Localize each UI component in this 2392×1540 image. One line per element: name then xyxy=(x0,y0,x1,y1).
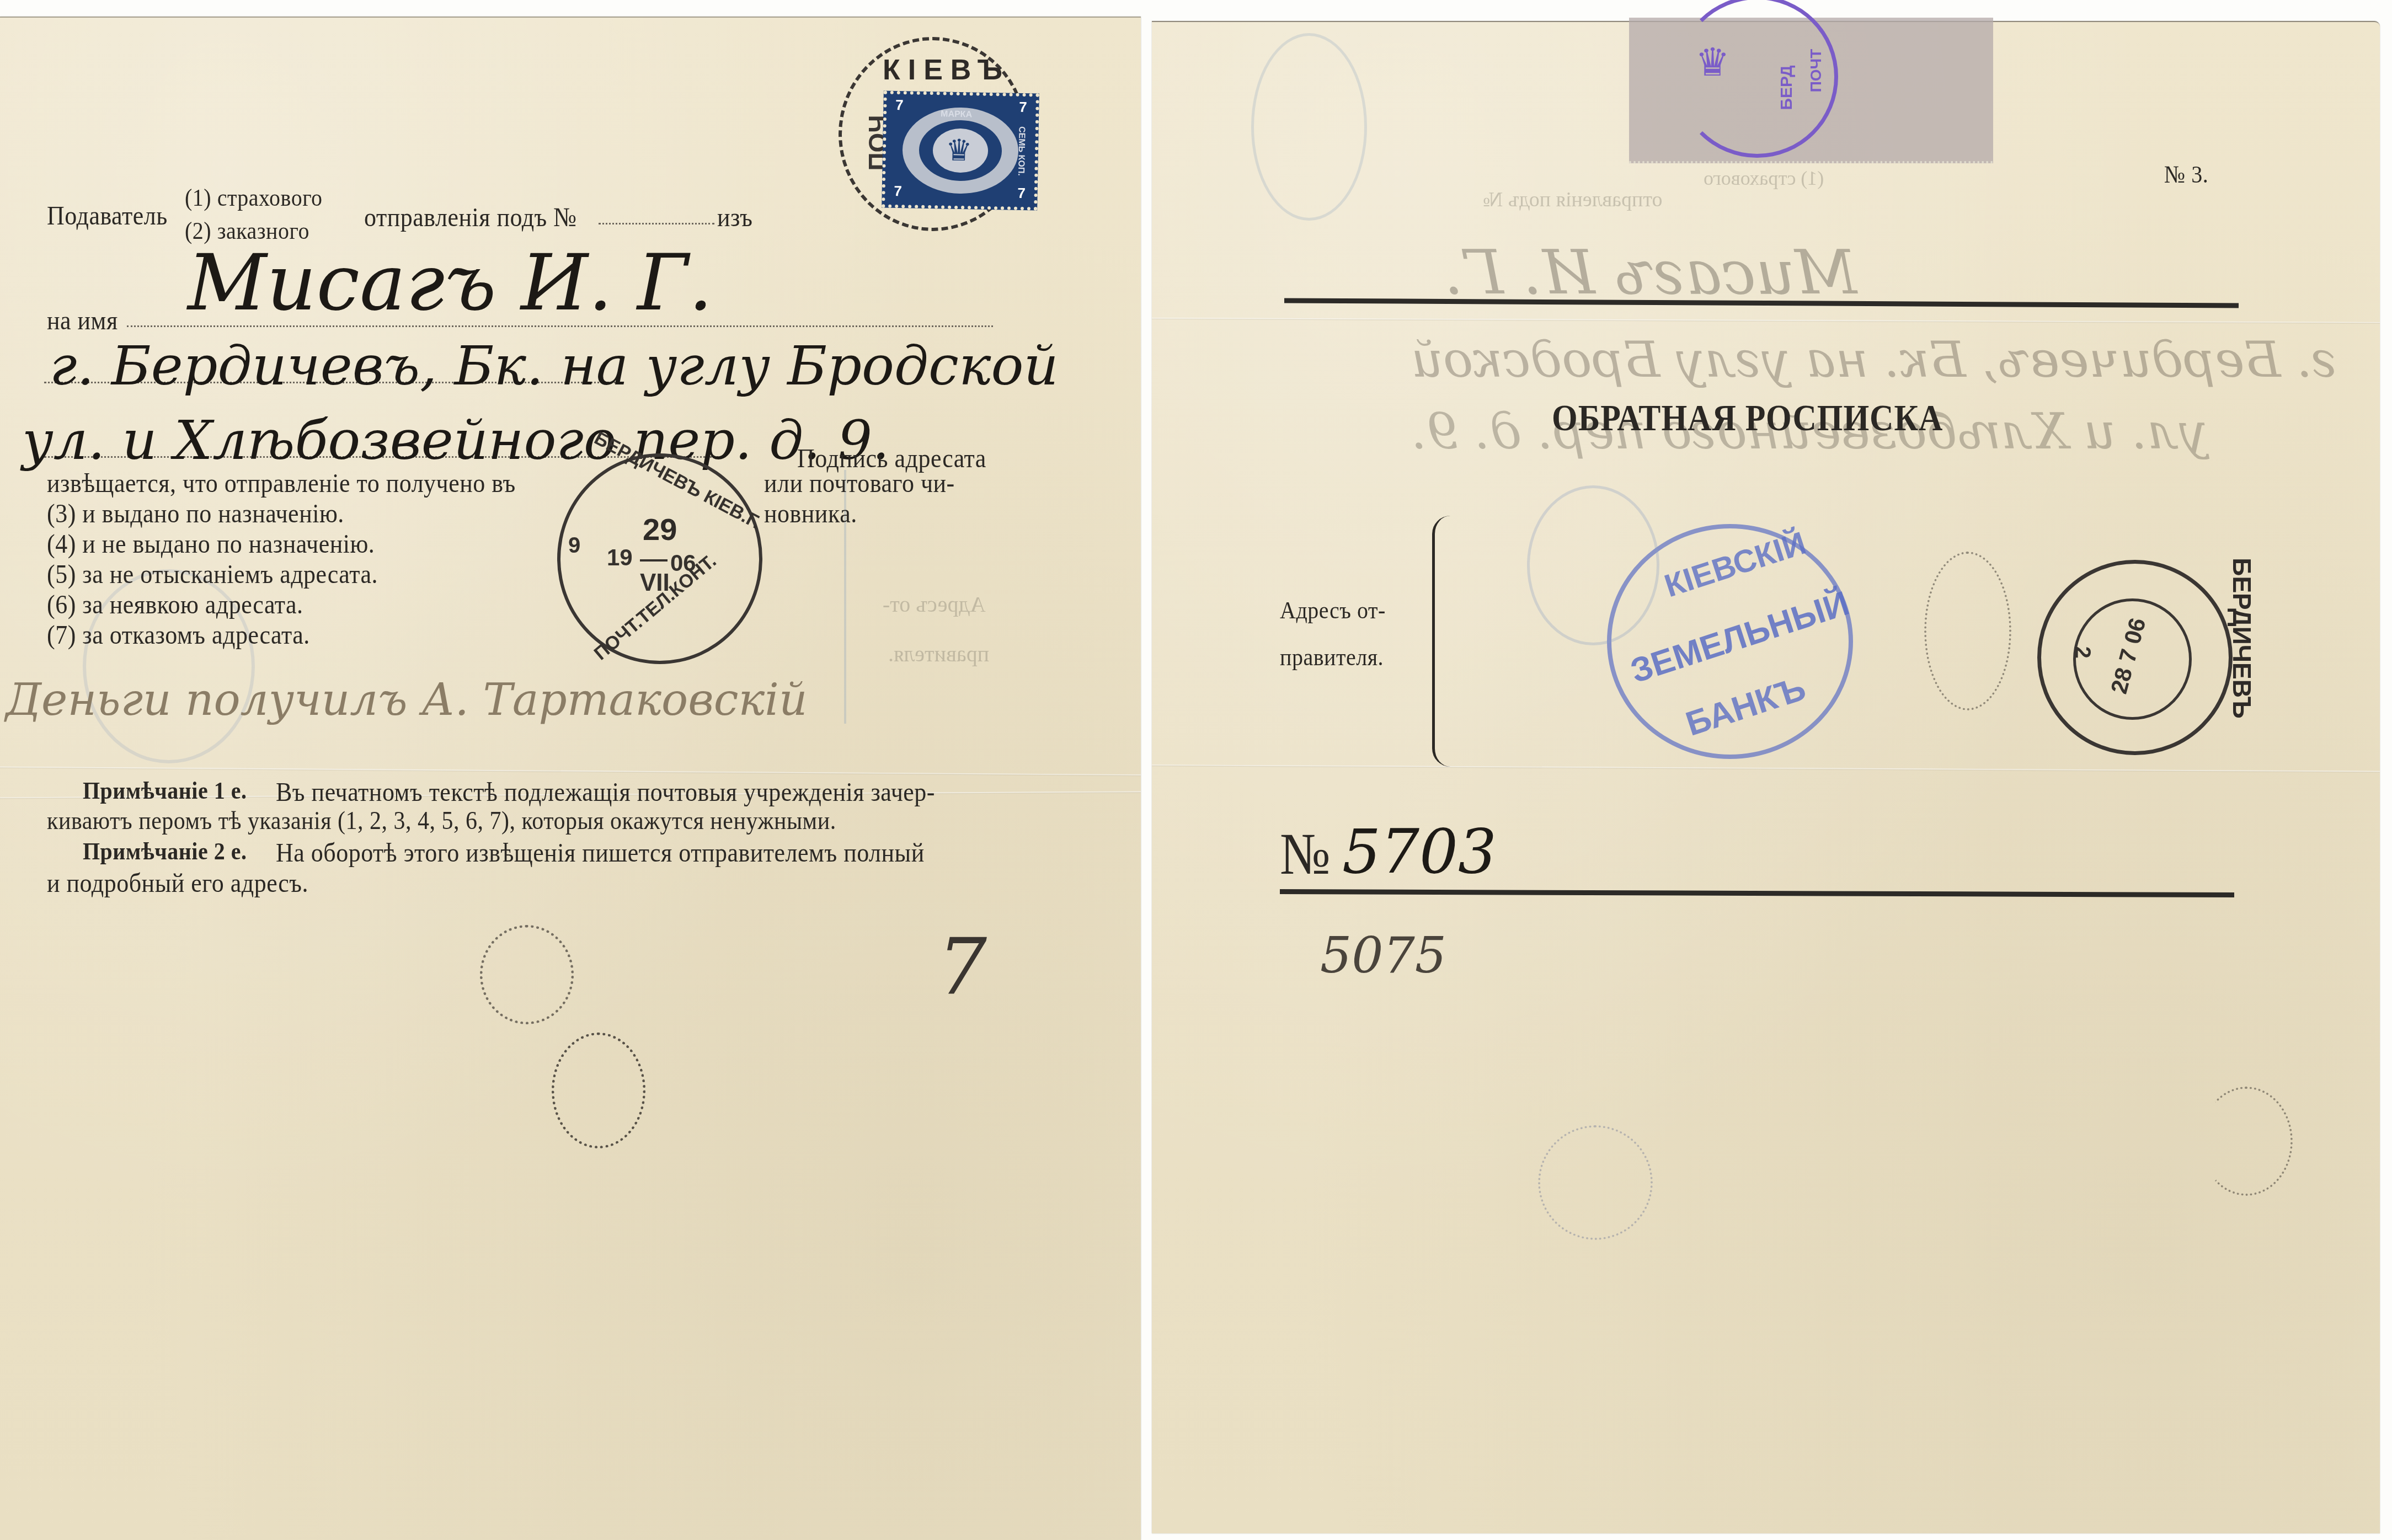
signature-label-2: или почтоваго чи- xyxy=(764,467,955,499)
note-1-label: Примѣчаніе 1 е. xyxy=(83,776,247,805)
paper-fold xyxy=(1152,764,2380,773)
note-2-text-cont: и подробный его адресъ. xyxy=(47,867,308,899)
violet-seal-text-2: ПОЧТ xyxy=(1807,49,1825,93)
handwritten-address-line-1: г. Бердичевъ, Бк. на углу Бродской xyxy=(50,335,1059,398)
option-insured: (1) страхового xyxy=(185,183,323,212)
sender-label: Подаватель xyxy=(47,200,168,231)
option-6: (6) за неявкою адресата. xyxy=(47,589,303,620)
stamp-text-top: МАРКА xyxy=(941,109,972,120)
handwritten-receipt-signature: Деньги получилъ А. Тартаковскій xyxy=(6,674,807,725)
show-through-text: (1) страхового xyxy=(1704,167,1824,190)
violet-seal-text: БЕРД xyxy=(1777,65,1796,110)
double-eagle-icon: ♛ xyxy=(945,133,973,168)
from-label: изъ xyxy=(717,201,752,233)
form-number: № 3. xyxy=(2164,160,2208,189)
handwritten-number-2: 5075 xyxy=(1320,927,1446,985)
address-brace xyxy=(1432,516,1450,767)
stamp-value-tl: 7 xyxy=(891,97,908,114)
show-through-text: Адресъ от- xyxy=(883,591,986,617)
option-5: (5) за не отысканіемъ адресата. xyxy=(47,558,378,590)
faded-postmark xyxy=(2200,1087,2293,1196)
show-through-text: правителя. xyxy=(888,641,989,667)
sender-address-label-2: правителя. xyxy=(1280,643,1384,672)
postmark-number: 2 xyxy=(2070,646,2095,658)
bottom-rule xyxy=(1280,889,2234,897)
stamp-value-bl: 7 xyxy=(889,183,906,200)
shipment-number-field xyxy=(599,223,714,224)
show-through-text: отправленія подъ № xyxy=(1483,188,1662,212)
stamp-value-tr: 7 xyxy=(1015,99,1032,116)
stamp-text-right: СЕМЬ КОП. xyxy=(1016,126,1027,176)
postmark-side-number: 9 xyxy=(568,533,580,558)
option-4: (4) и не выдано по назначенію. xyxy=(47,528,375,559)
postmark-ring-text: БЕРДИЧЕВЪ xyxy=(2227,558,2257,718)
show-through-handwriting: г. Бердичевъ, Бк. на углу Бродской xyxy=(1411,331,2337,389)
signature-label-3: новника. xyxy=(764,498,857,529)
note-2-text: На оборотѣ этого извѣщенія пишется отпра… xyxy=(276,837,925,868)
handwritten-mark: 7 xyxy=(938,922,987,1012)
receipt-sheet-back: отправленія подъ № (1) страхового Мисагъ… xyxy=(1152,21,2380,1533)
berdichev-postmark-ring xyxy=(557,453,762,664)
handwritten-recipient-name: Мисагъ И. Г. xyxy=(188,238,713,328)
show-through-handwriting: Мисагъ И. Г. xyxy=(1444,237,1857,308)
option-7: (7) за отказомъ адресата. xyxy=(47,619,310,650)
note-1-text: Въ печатномъ текстѣ подлежащія почтовыя … xyxy=(276,776,935,808)
postmark-year-right: 06 xyxy=(670,550,696,576)
sender-address-label: Адресъ от- xyxy=(1280,596,1386,625)
handwritten-address-line-2: ул. и Хлѣбозвейного пер. д. 9. xyxy=(22,409,889,472)
violet-seal-label: ♛ БЕРД ПОЧТ xyxy=(1629,18,1993,163)
paper-fold xyxy=(0,767,1141,776)
show-through-stamp xyxy=(1251,33,1367,221)
number-label: № xyxy=(1280,819,1331,887)
paper-fold xyxy=(1152,318,2380,324)
note-2-label: Примѣчаніе 2 е. xyxy=(83,837,247,866)
faded-stamp xyxy=(1538,1125,1653,1240)
receipt-title: ОБРАТНАЯ РОСПИСКА xyxy=(1552,397,1943,440)
postmark-dash xyxy=(640,559,668,562)
postmark-year-left: 19 xyxy=(607,544,633,571)
stamp-value-br: 7 xyxy=(1013,185,1030,202)
kiev-cancel-text: КІЕВЪ xyxy=(883,54,1010,87)
option-3: (3) и выдано по назначенію. xyxy=(47,498,344,529)
handwritten-number: 5703 xyxy=(1342,816,1497,887)
note-1-text-cont: киваютъ перомъ тѣ указанія (1, 2, 3, 4, … xyxy=(47,806,836,836)
shipment-number-label: отправленія подъ № xyxy=(364,201,577,233)
name-label: на имя xyxy=(47,304,118,336)
double-eagle-icon: ♛ xyxy=(1695,40,1730,85)
postage-stamp: ♛ МАРКА СЕМЬ КОП. 7 7 7 7 xyxy=(882,91,1039,211)
notice-sheet-front: Адресъ от- правителя. Подаватель (1) стр… xyxy=(0,17,1141,1540)
faded-postmark xyxy=(552,1033,645,1148)
postmark-month: VII xyxy=(640,569,670,597)
faded-postmark xyxy=(480,925,574,1024)
faded-stamp xyxy=(1527,485,1659,645)
postmark-day: 29 xyxy=(643,511,677,547)
faded-postmark xyxy=(1924,552,2011,710)
notice-text: извѣщается, что отправленіе то получено … xyxy=(47,467,516,499)
